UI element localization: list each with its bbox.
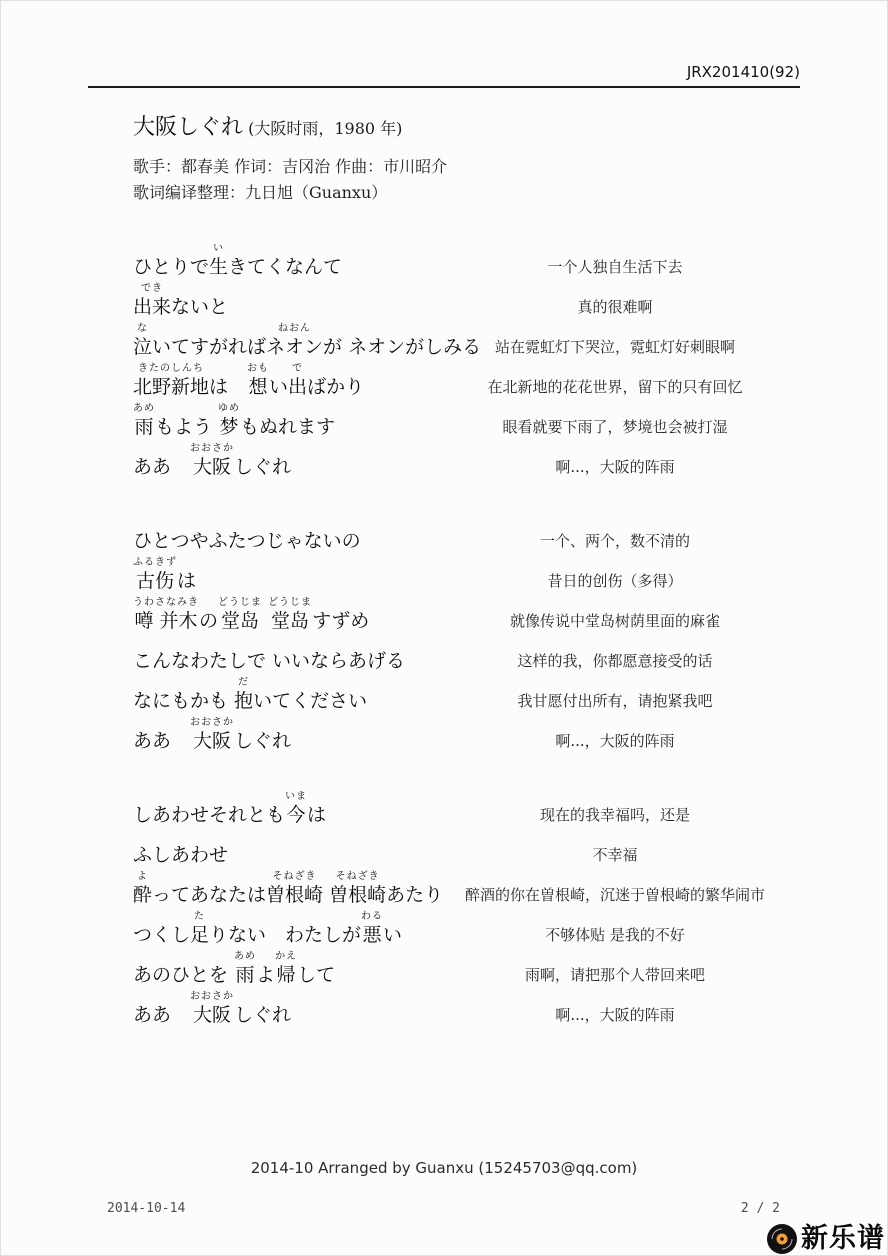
lyric-line: ああ おおさか大阪しぐれ啊...，大阪的阵雨 [133,714,843,754]
lyric-line: な泣いてすがればねおんネオンが ネオンがしみる站在霓虹灯下哭泣，霓虹灯好刺眼啊 [133,320,843,360]
lyric-segment: しぐれ [234,716,291,754]
footer-date: 2014-10-14 [107,1201,185,1216]
japanese-lyric: きたのしんち北野新地は おも想いで出ばかり [133,362,364,400]
lyric-segment-with-furigana: よ酔 [133,870,152,908]
lyric-segment-with-furigana: な泣 [133,322,152,360]
lyric-segment-with-furigana: いま今 [285,790,307,828]
lyric-segment-with-furigana: おおさか大阪 [190,442,234,480]
lyric-segment-with-furigana: おおさか大阪 [190,990,234,1028]
lyric-segment: ひとつやふたつじゃないの [133,516,361,554]
lyric-segment: もよう [155,402,218,440]
lyric-segment-with-furigana: で出 [288,362,307,400]
lyric-segment-with-furigana: ねおんネオン [266,322,323,360]
lyric-segment: りない わたしが [209,910,361,948]
chinese-translation: 不幸福 [420,844,810,865]
lyric-segment: しぐれ [234,990,291,1028]
chinese-translation: 就像传说中堂岛树荫里面的麻雀 [420,610,810,631]
lyric-line: あめ雨もよう ゆめ梦もぬれます眼看就要下雨了，梦境也会被打湿 [133,400,843,440]
japanese-lyric: ああ おおさか大阪しぐれ [133,442,291,480]
lyric-segment-with-furigana: うわさなみき噂 并木 [133,596,199,634]
vinyl-record-icon [766,1223,798,1255]
japanese-lyric: でき出来ないと [133,282,228,320]
lyric-segment: の [199,596,218,634]
lyric-line: ひとりでい生きてくなんて一个人独自生活下去 [133,240,843,280]
lyric-segment-with-furigana: ゆめ梦 [218,402,240,440]
japanese-lyric: ふるきず古伤は [133,556,196,594]
japanese-lyric: ふしあわせ [133,830,228,868]
lyric-segment: い [383,910,402,948]
lyric-segment: いてください [253,676,367,714]
chinese-translation: 啊...，大阪的阵雨 [420,1004,810,1025]
lyric-segment-with-furigana: あめ雨 [234,950,256,988]
site-logo-text: 新乐谱 [801,1223,885,1255]
lyric-segment: きてくなんて [228,242,342,280]
lyric-line: ひとつやふたつじゃないの一个、两个，数不清的 [133,514,843,554]
lyric-segment: ああ [133,442,190,480]
lyric-segment-with-furigana: かえ帰 [275,950,297,988]
lyric-line: あのひとを あめ雨よかえ帰して雨啊，请把那个人带回来吧 [133,948,843,988]
document-page: JRX201410(92) 大阪しぐれ (大阪时雨，1980 年) 歌手：都春美… [0,0,888,1256]
lyric-segment-with-furigana: そねざき曽根崎 [329,870,386,908]
chinese-translation: 醉酒的你在曽根崎，沉迷于曽根崎的繁华闹市 [420,884,810,905]
lyric-line: ああ おおさか大阪しぐれ啊...，大阪的阵雨 [133,988,843,1028]
lyric-segment: ああ [133,716,190,754]
lyric-segment-with-furigana: そねざき曽根崎 [266,870,323,908]
lyric-line: きたのしんち北野新地は おも想いで出ばかり在北新地的花花世界，留下的只有回忆 [133,360,843,400]
japanese-lyric: ああ おおさか大阪しぐれ [133,716,291,754]
lyric-segment: もぬれます [240,402,335,440]
lyric-segment: しぐれ [234,442,291,480]
lyric-line: よ酔ってあなたはそねざき曽根崎 そねざき曽根崎あたり醉酒的你在曽根崎，沉迷于曽根… [133,868,843,908]
verse: ひとつやふたつじゃないの一个、两个，数不清的ふるきず古伤は昔日的创伤（多得）うわ… [133,514,843,754]
lyric-segment-with-furigana: た足 [190,910,209,948]
lyric-segment-with-furigana: わる悪 [361,910,383,948]
chinese-translation: 这样的我，你都愿意接受的话 [420,650,810,671]
lyric-segment: しあわせそれとも [133,790,285,828]
lyrics-verses: ひとりでい生きてくなんて一个人独自生活下去でき出来ないと真的很难啊な泣いてすがれ… [133,240,843,1062]
japanese-lyric: こんなわたしで いいならあげる [133,636,405,674]
chinese-translation: 昔日的创伤（多得） [420,570,810,591]
lyric-line: つくした足りない わたしがわる悪い不够体贴 是我的不好 [133,908,843,948]
chinese-translation: 一个人独自生活下去 [420,256,810,277]
japanese-lyric: なにもかも だ抱いてください [133,676,367,714]
japanese-lyric: あめ雨もよう ゆめ梦もぬれます [133,402,335,440]
lyric-segment-with-furigana: ふるきず古伤 [133,556,177,594]
page-number: 2 / 2 [741,1201,780,1216]
verse: ひとりでい生きてくなんて一个人独自生活下去でき出来ないと真的很难啊な泣いてすがれ… [133,240,843,480]
japanese-lyric: あのひとを あめ雨よかえ帰して [133,950,335,988]
lyric-segment: ばかり [307,362,364,400]
song-title: 大阪しぐれ [133,115,243,140]
lyric-segment-with-furigana: おも想 [247,362,269,400]
title-line: 大阪しぐれ (大阪时雨，1980 年) [133,110,447,141]
lyric-segment: は [177,556,196,594]
lyric-segment-with-furigana: い生 [209,242,228,280]
japanese-lyric: ひとりでい生きてくなんて [133,242,342,280]
lyric-segment-with-furigana: だ抱 [234,676,253,714]
credits-artists: 歌手：都春美 作词：吉冈治 作曲：市川昭介 [133,154,447,180]
japanese-lyric: ああ おおさか大阪しぐれ [133,990,291,1028]
lyric-segment: ひとりで [133,242,209,280]
verse: しあわせそれともいま今は现在的我幸福吗，还是ふしあわせ不幸福よ酔ってあなたはそね… [133,788,843,1028]
chinese-translation: 站在霓虹灯下哭泣，霓虹灯好刺眼啊 [420,336,810,357]
japanese-lyric: ひとつやふたつじゃないの [133,516,361,554]
lyric-segment-with-furigana: どうじま堂岛 [268,596,312,634]
lyric-line: ふるきず古伤は昔日的创伤（多得） [133,554,843,594]
lyric-segment-with-furigana: どうじま堂岛 [218,596,262,634]
lyric-line: ああ おおさか大阪しぐれ啊...，大阪的阵雨 [133,440,843,480]
document-code: JRX201410(92) [687,63,800,81]
chinese-translation: 现在的我幸福吗，还是 [420,804,810,825]
song-title-note: (大阪时雨，1980 年) [243,119,402,138]
japanese-lyric: しあわせそれともいま今は [133,790,326,828]
lyric-segment-with-furigana: おおさか大阪 [190,716,234,754]
japanese-lyric: よ酔ってあなたはそねざき曽根崎 そねざき曽根崎あたり [133,870,443,908]
site-logo: 新乐谱 [766,1223,885,1255]
lyric-segment: い [269,362,288,400]
chinese-translation: 不够体贴 是我的不好 [420,924,810,945]
credits-translator: 歌词编译整理：九日旭（Guanxu） [133,180,447,206]
title-block: 大阪しぐれ (大阪时雨，1980 年) 歌手：都春美 作词：吉冈治 作曲：市川昭… [133,110,447,206]
lyric-segment: つくし [133,910,190,948]
lyric-line: しあわせそれともいま今は现在的我幸福吗，还是 [133,788,843,828]
lyric-segment: なにもかも [133,676,234,714]
lyric-segment-with-furigana: あめ雨 [133,402,155,440]
japanese-lyric: うわさなみき噂 并木のどうじま堂岛 どうじま堂岛すずめ [133,596,369,634]
lyric-segment: よ [256,950,275,988]
lyric-segment: ふしあわせ [133,830,228,868]
chinese-translation: 啊...，大阪的阵雨 [420,730,810,751]
lyric-segment: こんなわたしで いいならあげる [133,636,405,674]
lyric-segment: ないと [171,282,228,320]
lyric-segment: は [307,790,326,828]
lyric-segment: は [209,362,247,400]
chinese-translation: 我甘愿付出所有，请抱紧我吧 [420,690,810,711]
lyric-segment: して [297,950,335,988]
lyric-segment: あのひとを [133,950,234,988]
chinese-translation: 眼看就要下雨了，梦境也会被打湿 [420,416,810,437]
arranged-by-line: 2014-10 Arranged by Guanxu (15245703@qq.… [0,1159,888,1177]
lyric-segment-with-furigana: でき出来 [133,282,171,320]
lyric-segment-with-furigana: きたのしんち北野新地 [133,362,209,400]
chinese-translation: 啊...，大阪的阵雨 [420,456,810,477]
lyric-segment: ああ [133,990,190,1028]
japanese-lyric: つくした足りない わたしがわる悪い [133,910,402,948]
lyric-line: なにもかも だ抱いてください我甘愿付出所有，请抱紧我吧 [133,674,843,714]
lyric-segment: いてすがれば [152,322,266,360]
chinese-translation: 真的很难啊 [420,296,810,317]
lyric-segment: ってあなたは [152,870,266,908]
chinese-translation: 在北新地的花花世界，留下的只有回忆 [420,376,810,397]
lyric-line: こんなわたしで いいならあげる这样的我，你都愿意接受的话 [133,634,843,674]
chinese-translation: 一个、两个，数不清的 [420,530,810,551]
chinese-translation: 雨啊，请把那个人带回来吧 [420,964,810,985]
lyric-segment: すずめ [312,596,369,634]
lyric-line: ふしあわせ不幸福 [133,828,843,868]
header-rule [88,86,800,88]
lyric-line: うわさなみき噂 并木のどうじま堂岛 どうじま堂岛すずめ就像传说中堂岛树荫里面的麻… [133,594,843,634]
lyric-line: でき出来ないと真的很难啊 [133,280,843,320]
